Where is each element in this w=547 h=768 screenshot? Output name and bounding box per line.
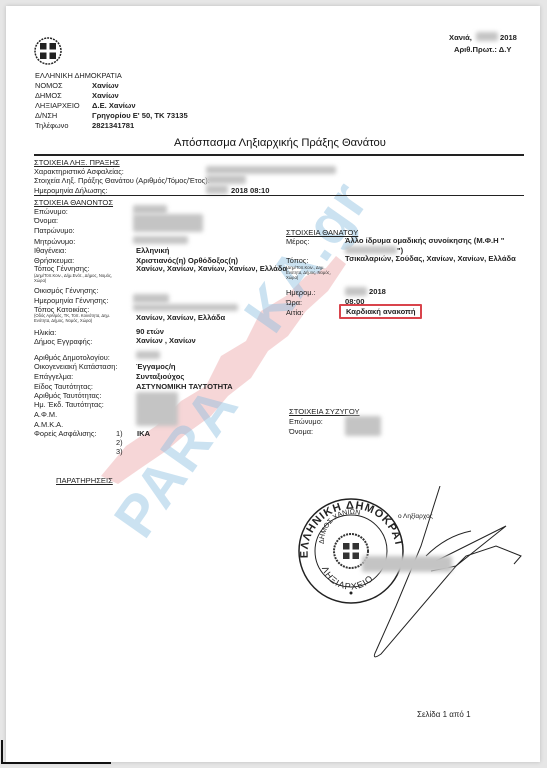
label-insurance: Φορείς Ασφάλισης:	[34, 429, 97, 438]
label-declaration-date: Ημερομηνία Δήλωσης:	[34, 186, 108, 195]
redacted-death-date	[345, 287, 367, 296]
header-label-nomos: ΝΟΜΟΣ	[35, 81, 63, 90]
header-value-lixiarxeio: Δ.Ε. Χανίων	[92, 101, 136, 110]
label-spouse-surname: Επώνυμο:	[289, 417, 323, 426]
title-rule	[34, 154, 524, 156]
label-death-date: Ημερομ.:	[286, 288, 316, 297]
label-amka: Α.Μ.Κ.Α.	[34, 420, 63, 429]
signature	[336, 486, 536, 666]
value-death-location: Τσικαλαριών, Σούδας, Χανίων, Χανίων, Ελλ…	[345, 254, 516, 263]
label-death-place: Μέρος:	[286, 237, 309, 246]
redacted-residence	[133, 304, 238, 311]
header-value-address: Γρηγορίου Ε' 50, ΤΚ 73135	[92, 111, 188, 120]
scan-edge	[1, 740, 3, 764]
insurance-number-2: 2)	[116, 438, 123, 447]
label-death-cause: Αιτία:	[286, 308, 303, 317]
label-death-time: Ώρα:	[286, 298, 302, 307]
label-age: Ηλικία:	[34, 328, 56, 337]
value-nationality: Ελληνική	[136, 246, 169, 255]
label-id-type: Είδος Ταυτότητας:	[34, 382, 93, 391]
insurance-number-1: 1)	[116, 429, 123, 438]
value-declaration-date: 2018 08:10	[231, 186, 269, 195]
page-number: Σελίδα 1 από 1	[417, 710, 471, 719]
note-residence: (Οδός Αριθμός, ΤΚ, Τοπ. Κοινότητα, Δημ. …	[34, 313, 120, 323]
label-spouse-name: Όνομα:	[289, 427, 313, 436]
place-date-year: 2018	[500, 33, 517, 42]
value-id-type: ΑΣΤΥΝΟΜΙΚΗ ΤΑΥΤΟΤΗΤΑ	[136, 382, 233, 391]
label-surname: Επώνυμο:	[34, 207, 68, 216]
redacted-surname	[133, 205, 167, 214]
label-marital-status: Οικογενειακή Κατάσταση:	[34, 362, 117, 371]
redacted-registry-number	[136, 351, 160, 359]
label-act-number: Στοιχεία Ληξ. Πράξης Θανάτου (Αριθμός/Τό…	[34, 176, 210, 185]
value-occupation: Συνταξιούχος	[136, 372, 184, 381]
section-remarks: ΠΑΡΑΤΗΡΗΣΕΙΣ	[56, 476, 113, 485]
value-birthplace: Χανίων, Χανίων, Χανίων, Χανίων, Ελλάδα	[136, 264, 287, 273]
header-value-phone: 2821341781	[92, 121, 134, 130]
value-death-place: Άλλο ίδρυμα ομαδικής συνοίκησης (Μ.Φ.Η "	[345, 236, 504, 245]
redacted-date	[476, 32, 498, 41]
redacted-declaration-date	[206, 185, 228, 194]
label-registry-municipality: Δήμος Εγγραφής:	[34, 337, 92, 346]
place-date-prefix: Χανιά,	[449, 33, 472, 42]
redacted-id-details	[136, 392, 178, 426]
redacted-act-number	[206, 175, 246, 184]
value-age: 90 ετών	[136, 327, 164, 336]
section-act: ΣΤΟΙΧΕΙΑ ΛΗΞ. ΠΡΑΞΗΣ	[34, 158, 120, 167]
label-id-number: Αριθμός Ταυτότητας:	[34, 391, 101, 400]
label-occupation: Επάγγελμα:	[34, 372, 73, 381]
insurance-value-1: ΙΚΑ	[137, 429, 150, 438]
redacted-death-place	[345, 246, 397, 254]
section-deceased: ΣΤΟΙΧΕΙΑ ΘΑΝΟΝΤΟΣ	[34, 198, 113, 207]
header-value-nomos: Χανίων	[92, 81, 119, 90]
value-registry-municipality: Χανίων , Χανίων	[136, 336, 196, 345]
header-label-address: Δ/ΝΣΗ	[35, 111, 57, 120]
label-father: Πατρώνυμο:	[34, 226, 75, 235]
value-residence: Χανίων, Χανίων, Ελλάδα	[136, 313, 225, 322]
act-rule	[34, 195, 524, 196]
header-label-phone: Τηλέφωνο	[35, 121, 68, 130]
redacted-spouse	[345, 416, 381, 436]
header-label-lixiarxeio: ΛΗΞΙΑΡΧΕΙΟ	[35, 101, 80, 110]
label-mother: Μητρώνυμο:	[34, 237, 75, 246]
note-birthplace: (Δημ/Τοπ.Κοιν., Δήμ.Ενότ., Δήμος, Νομός,…	[34, 273, 114, 283]
page-title: Απόσπασμα Ληξιαρχικής Πράξης Θανάτου	[174, 137, 386, 149]
redacted-security	[206, 166, 336, 174]
header-label-dimos: ΔΗΜΟΣ	[35, 91, 62, 100]
label-security: Χαρακτηριστικό Ασφαλείας:	[34, 167, 124, 176]
label-name: Όνομα:	[34, 216, 58, 225]
label-afm: Α.Φ.Μ.	[34, 410, 57, 419]
label-birth-settlement: Οικισμός Γέννησης:	[34, 286, 98, 295]
label-registry-number: Αριθμός Δημοτολογίου:	[34, 353, 110, 362]
header-value-dimos: Χανίων	[92, 91, 119, 100]
label-birth-date: Ημερομηνία Γέννησης:	[34, 296, 108, 305]
section-spouse: ΣΤΟΙΧΕΙΑ ΣΥΖΥΓΟΥ	[289, 407, 360, 416]
greek-coat-of-arms-icon	[33, 36, 63, 66]
insurance-number-3: 3)	[116, 447, 123, 456]
value-death-cause: Καρδιακή ανακοπή	[339, 304, 422, 319]
value-marital-status: Έγγαμος/η	[136, 362, 176, 371]
redacted-mother	[133, 236, 188, 244]
document-page: PARA KA.gr ΕΛΛΗΝΙΚΗ ΔΗΜΟΚΡΑΤΙΑ ΝΟΜΟΣ Χαν…	[6, 6, 540, 762]
country-name: ΕΛΛΗΝΙΚΗ ΔΗΜΟΚΡΑΤΙΑ	[35, 71, 122, 80]
value-death-date: 2018	[369, 287, 386, 296]
note-death-location: (Δημ/Τοπ.Κοιν., Δημ. Ενότητα, Δήμος, Νομ…	[286, 265, 334, 280]
protocol-number: Αριθ.Πρωτ.: Δ.Υ	[454, 45, 511, 54]
redacted-signatory	[362, 556, 452, 572]
label-nationality: Ιθαγένεια:	[34, 246, 66, 255]
scan-edge	[1, 762, 111, 764]
label-id-issue-date: Ημ. Έκδ. Ταυτότητας:	[34, 400, 104, 409]
label-death-location: Τόπος:	[286, 256, 308, 265]
redacted-birth-date	[133, 294, 169, 303]
redacted-name	[133, 214, 203, 232]
label-birthplace: Τόπος Γέννησης:	[34, 264, 90, 273]
